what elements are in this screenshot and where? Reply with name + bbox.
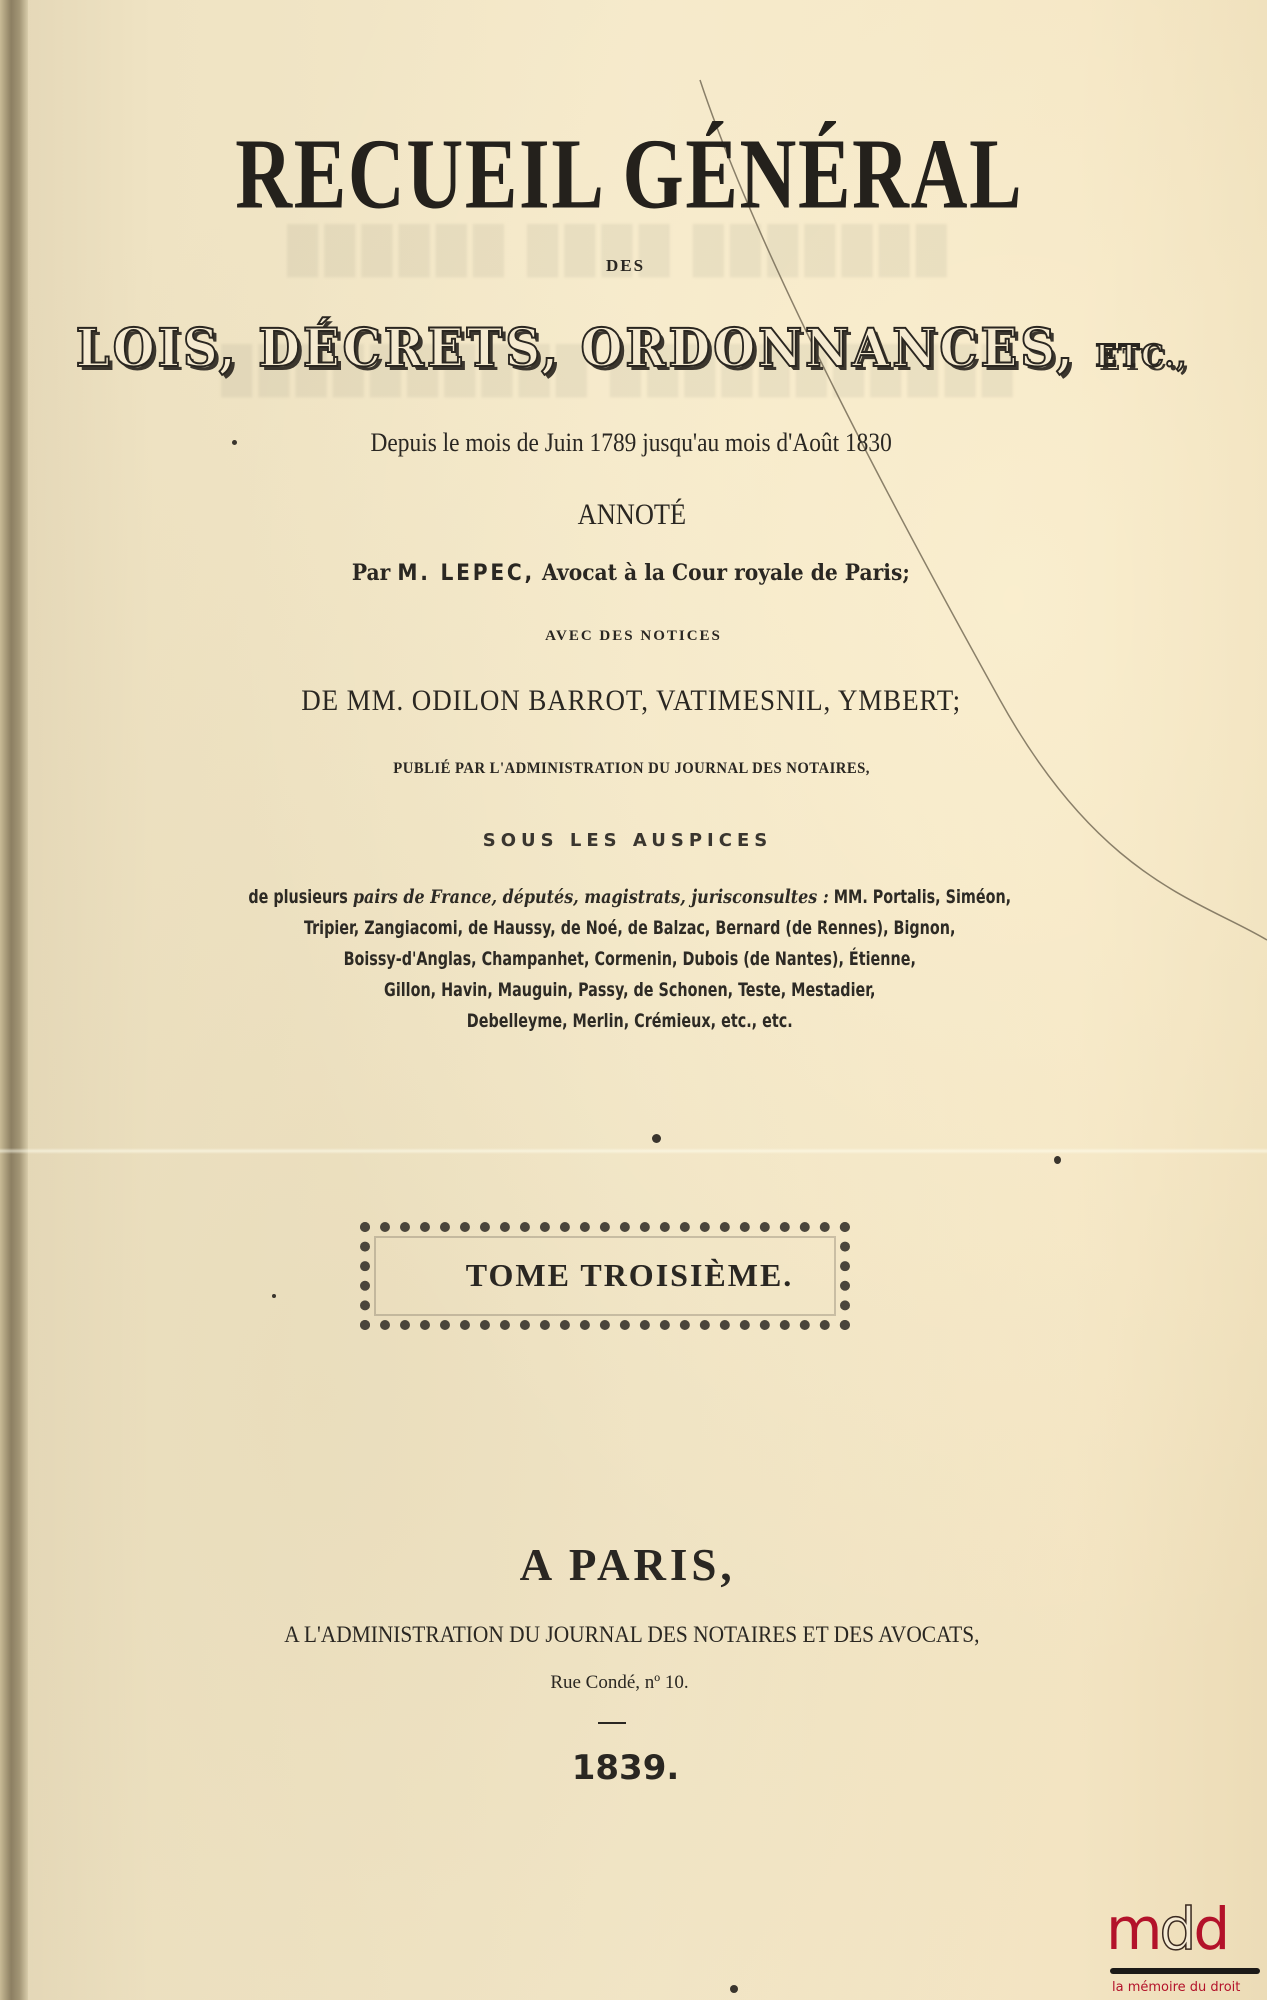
patrons-line-2: Tripier, Zangiacomi, de Haussy, de Noé, … [98,917,1162,939]
ink-speck [652,1134,661,1143]
patrons-line-1: de plusieurs pairs de France, députés, m… [98,886,1162,908]
mdd-logo-mark: mdd [1106,1900,1227,1958]
title-connector: DES [0,256,1259,276]
publisher-note: PUBLIÉ PAR L'ADMINISTRATION DU JOURNAL D… [49,760,1215,778]
subtitle-main: LOIS, DÉCRETS, ORDONNANCES, [76,318,1076,379]
logo-underline-bar [1110,1968,1260,1974]
ink-speck [232,440,237,445]
patrons-names-start: MM. Portalis, Siméon, [834,886,1011,908]
imprint-city: A PARIS, [7,1538,1249,1591]
author-role: Avocat à la Cour royale de Paris; [542,560,910,586]
separator-rule [598,1722,626,1724]
logo-letter-d-outline: d [1160,1895,1194,1963]
book-binding-edge [0,0,28,2000]
notice-authors: DE MM. ODILON BARROT, VATIMESNIL, YMBERT… [61,684,1201,718]
paper-fold [0,1148,1267,1154]
imprint-publisher: A L'ADMINISTRATION DU JOURNAL DES NOTAIR… [43,1622,1221,1648]
ink-speck [272,1294,276,1298]
patrons-line-4: Gillon, Havin, Mauguin, Passy, de Schone… [98,979,1162,1001]
ink-speck [730,1985,738,1993]
book-title: RECUEIL GÉNÉRAL [110,115,1149,232]
author-line: Par M. LEPEC, Avocat à la Cour royale de… [48,560,1214,586]
logo-letter-m: m [1106,1895,1160,1963]
logo-letter-d: d [1193,1895,1227,1963]
imprint-address: Rue Condé, nº 10. [0,1672,1253,1694]
author-name: M. LEPEC, [397,561,535,586]
patrons-intro: de plusieurs [248,886,348,908]
author-prefix: Par [352,560,390,586]
auspices-heading: SOUS LES AUSPICES [0,830,1261,851]
annote-heading: ANNOTÉ [74,498,1189,532]
book-subtitle: LOIS, DÉCRETS, ORDONNANCES, ETC., [43,318,1221,379]
patrons-italic: pairs de France, députés, magistrats, ju… [353,886,829,908]
ink-speck [1054,1156,1061,1164]
notices-label: AVEC DES NOTICES [0,628,1267,645]
logo-tagline: la mémoire du droit [1112,1980,1240,1995]
patrons-line-5: Debelleyme, Merlin, Crémieux, etc., etc. [98,1010,1162,1032]
subtitle-etc: ETC., [1095,339,1187,374]
volume-label: TOME TROISIÈME. [0,1257,1263,1294]
mdd-watermark-logo: mdd la mémoire du droit [1106,1900,1266,2000]
patrons-line-3: Boissy-d'Anglas, Champanhet, Cormenin, D… [98,948,1162,970]
publication-year: 1839. [0,1748,1259,1788]
